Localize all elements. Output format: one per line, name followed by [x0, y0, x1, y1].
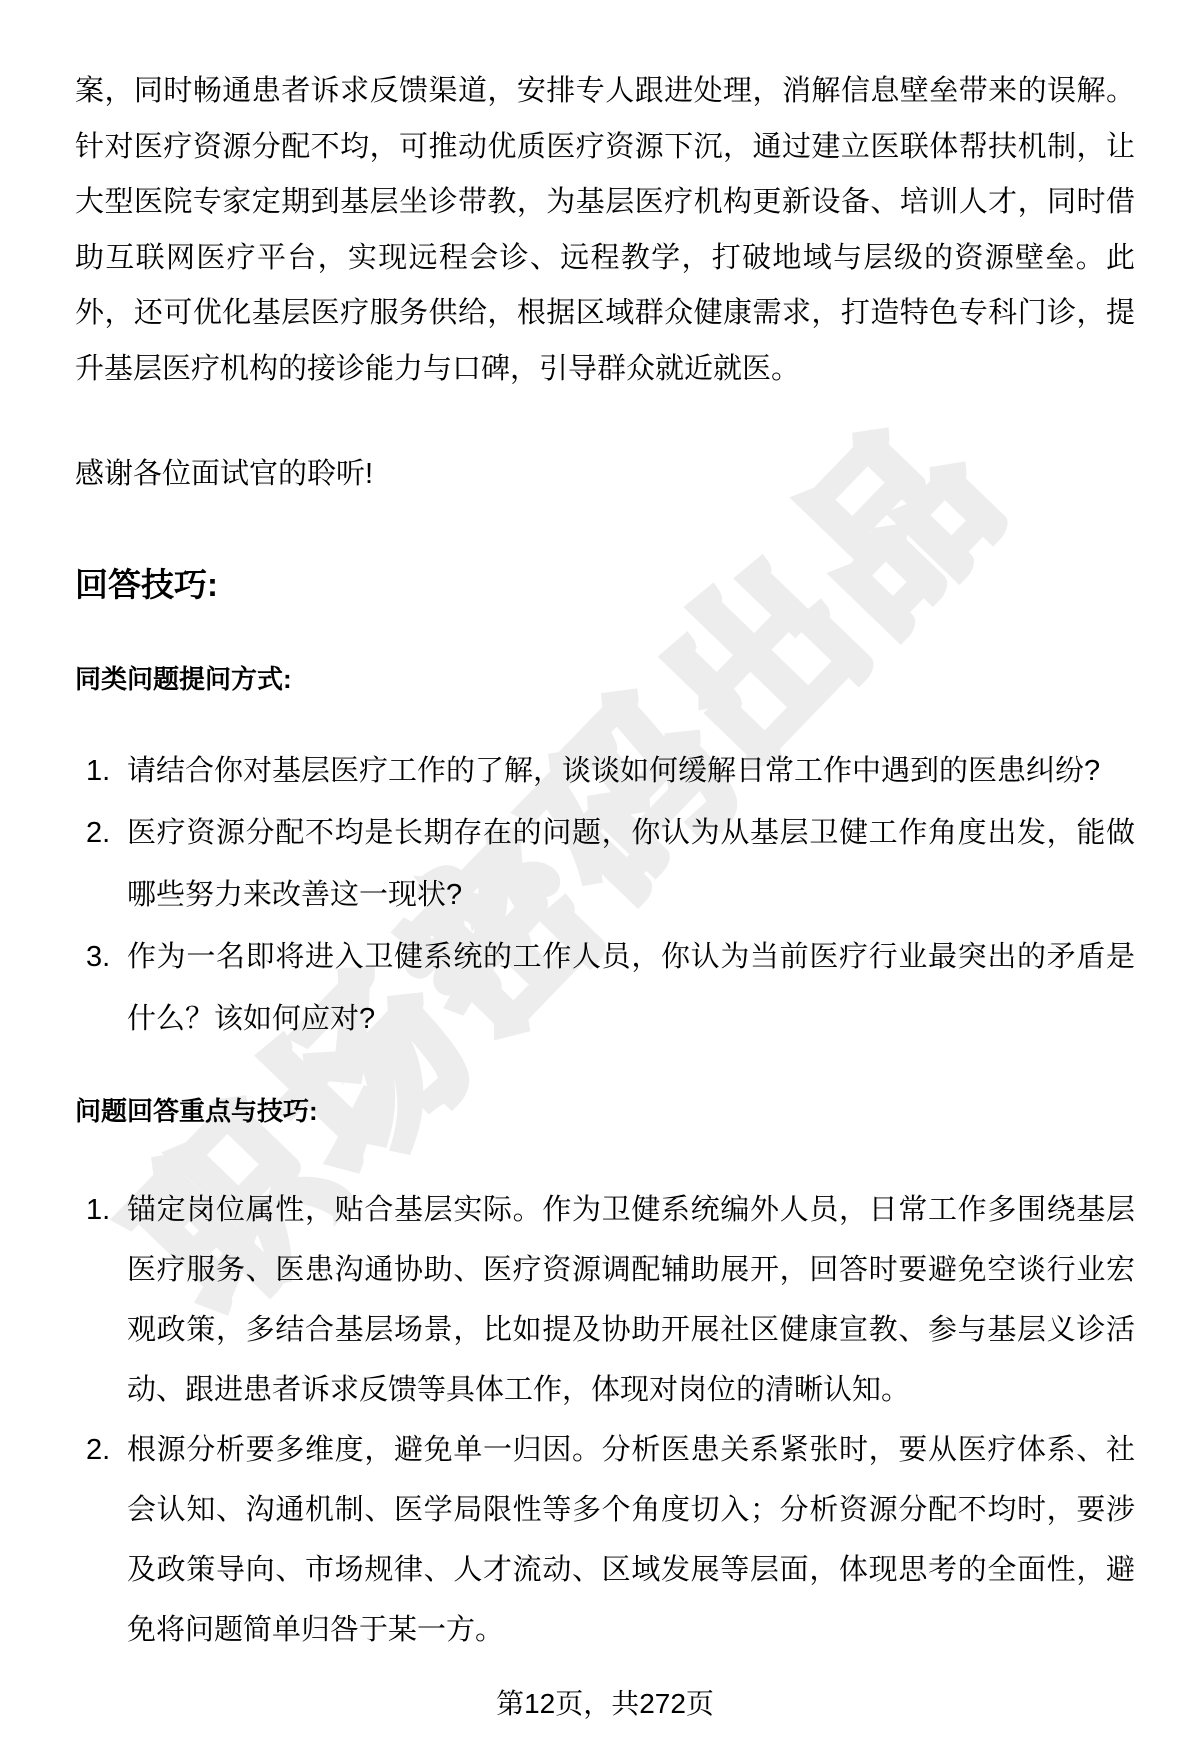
list-item-text: 医疗资源分配不均是长期存在的问题，你认为从基层卫健工作角度出发，能做哪些努力来改… [127, 817, 1135, 911]
list-answer-points: 1. 锚定岗位属性，贴合基层实际。作为卫健系统编外人员，日常工作多围绕基层医疗服… [75, 1180, 1135, 1660]
heading-answer-skills: 回答技巧: [75, 565, 1135, 605]
list-item-text: 锚定岗位属性，贴合基层实际。作为卫健系统编外人员，日常工作多围绕基层医疗服务、医… [127, 1194, 1135, 1406]
list-number: 1. [86, 740, 110, 802]
thanks-line: 感谢各位面试官的聆听! [75, 447, 1135, 503]
list-number: 2. [86, 802, 110, 864]
body-paragraph: 案，同时畅通患者诉求反馈渠道，安排专人跟进处理，消解信息壁垒带来的误解。针对医疗… [75, 64, 1135, 397]
heading-answer-points: 问题回答重点与技巧: [75, 1095, 1135, 1127]
page-content: 案，同时畅通患者诉求反馈渠道，安排专人跟进处理，消解信息壁垒带来的误解。针对医疗… [75, 64, 1135, 1721]
list-item: 1. 请结合你对基层医疗工作的了解，谈谈如何缓解日常工作中遇到的医患纠纷? [75, 740, 1135, 802]
page-number-footer: 第12页，共272页 [75, 1687, 1135, 1721]
list-item: 2. 医疗资源分配不均是长期存在的问题，你认为从基层卫健工作角度出发，能做哪些努… [75, 802, 1135, 926]
list-item-text: 根源分析要多维度，避免单一归因。分析医患关系紧张时，要从医疗体系、社会认知、沟通… [127, 1434, 1135, 1646]
list-item-text: 作为一名即将进入卫健系统的工作人员，你认为当前医疗行业最突出的矛盾是什么？该如何… [127, 941, 1135, 1035]
list-item: 2. 根源分析要多维度，避免单一归因。分析医患关系紧张时，要从医疗体系、社会认知… [75, 1420, 1135, 1660]
list-similar-questions: 1. 请结合你对基层医疗工作的了解，谈谈如何缓解日常工作中遇到的医患纠纷? 2.… [75, 740, 1135, 1050]
heading-similar-questions: 同类问题提问方式: [75, 663, 1135, 695]
list-number: 2. [86, 1420, 110, 1480]
list-item: 1. 锚定岗位属性，贴合基层实际。作为卫健系统编外人员，日常工作多围绕基层医疗服… [75, 1180, 1135, 1420]
document-page: 职场密码出品 案，同时畅通患者诉求反馈渠道，安排专人跟进处理，消解信息壁垒带来的… [0, 0, 1200, 1755]
list-item-text: 请结合你对基层医疗工作的了解，谈谈如何缓解日常工作中遇到的医患纠纷? [127, 755, 1100, 787]
list-number: 1. [86, 1180, 110, 1240]
list-number: 3. [86, 926, 110, 988]
list-item: 3. 作为一名即将进入卫健系统的工作人员，你认为当前医疗行业最突出的矛盾是什么？… [75, 926, 1135, 1050]
